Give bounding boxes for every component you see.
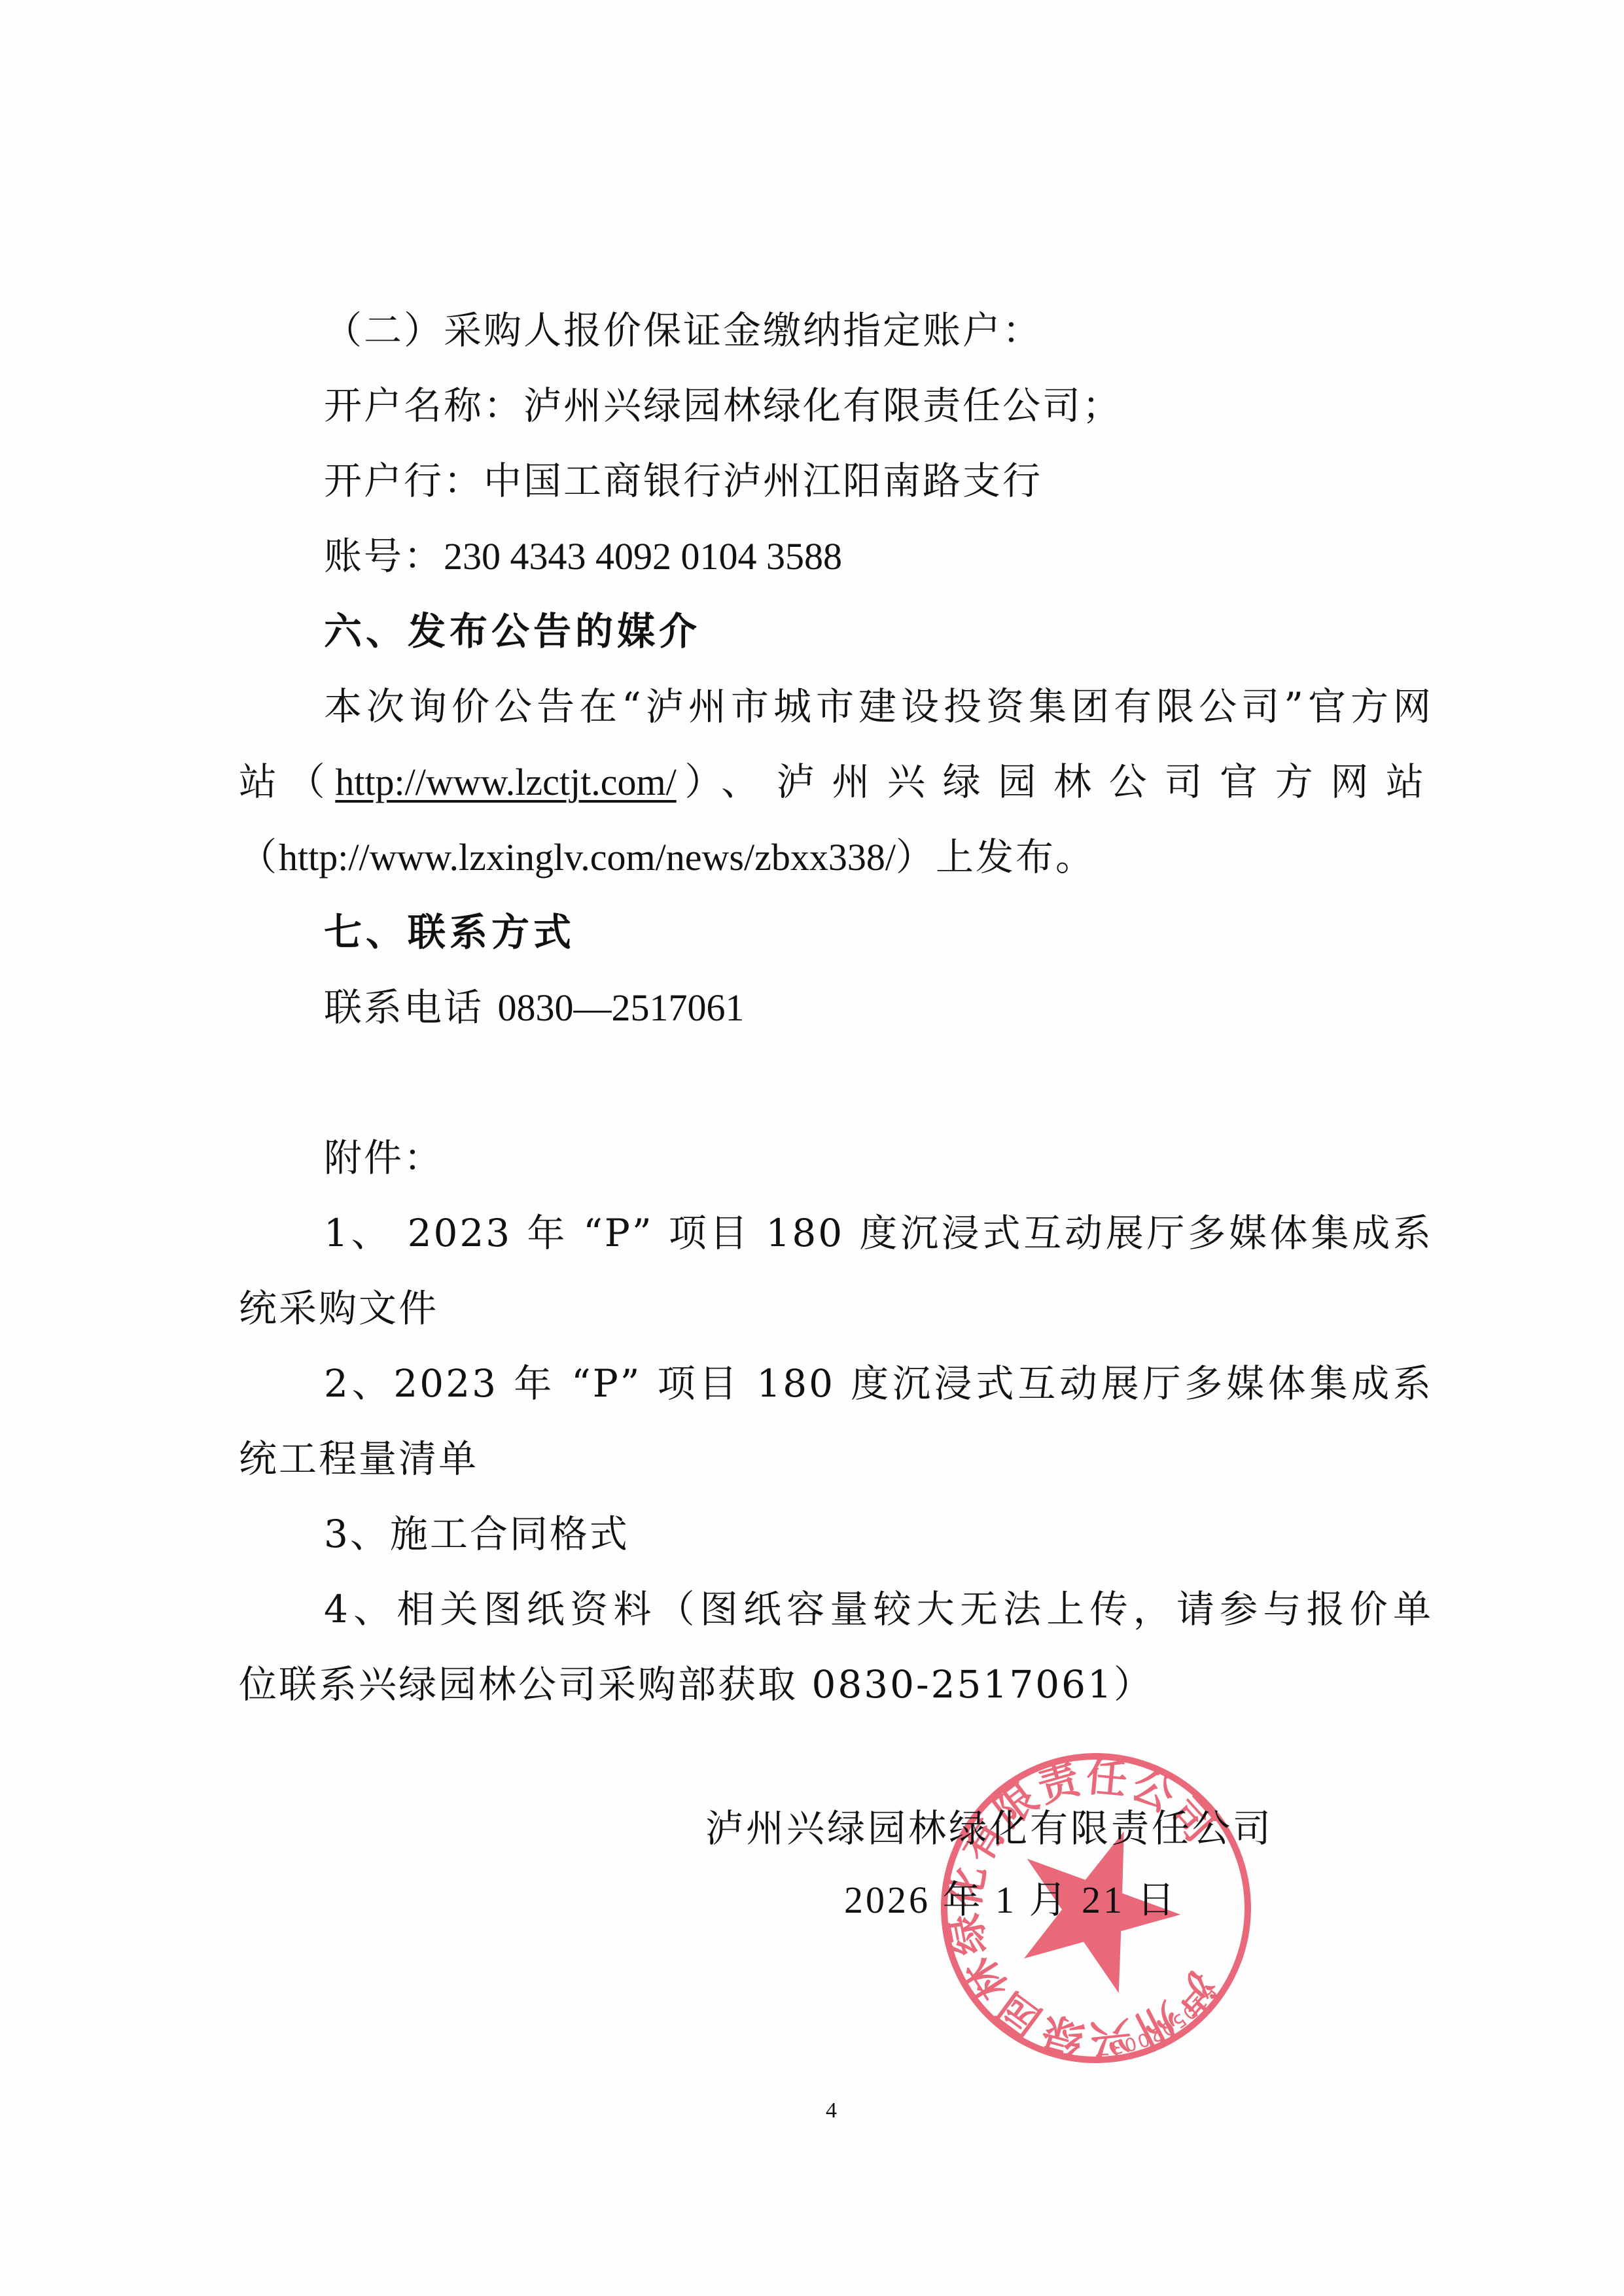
attachment-item-1-line2: 统采购文件 xyxy=(239,1285,1433,1331)
attachment-item-4-line2: 位联系兴绿园林公司采购部获取 0830-2517061） xyxy=(239,1661,1433,1707)
signature-date: 2026 年 1 月 21 日 xyxy=(844,1877,1178,1923)
attachments-label: 附件： xyxy=(324,1135,1433,1181)
attachment-item-4-line1: 4、相关图纸资料（图纸容量较大无法上传，请参与报价单 xyxy=(324,1586,1433,1632)
phone-label: 联系电话 xyxy=(324,985,497,1030)
link-lzctjt[interactable]: http://www.lzctjt.com/ xyxy=(335,761,676,803)
attachment-item-2-line2: 统工程量清单 xyxy=(239,1436,1433,1482)
section6-heading: 六、发布公告的媒介 xyxy=(324,608,1433,654)
page-number: 4 xyxy=(826,2098,837,2123)
account-number-line: 账号：230 4343 4092 0104 3588 xyxy=(324,533,1433,580)
bank-value: 中国工商银行泸州江阳南路支行 xyxy=(484,459,1042,503)
bank-label: 开户行： xyxy=(324,459,484,503)
link-lzxinglv[interactable]: http://www.lzxinglv.com/news/zbxx338/ xyxy=(279,836,896,878)
account-name-value: 泸州兴绿园林绿化有限责任公司； xyxy=(523,383,1122,428)
phone-value: 0830—2517061 xyxy=(497,986,744,1029)
svg-text:5105020037: 5105020037 xyxy=(1089,1953,1223,2068)
section6-para-line3: （http://www.lzxinglv.com/news/zbxx338/）上… xyxy=(239,834,1433,880)
attachment-item-3: 3、施工合同格式 xyxy=(324,1511,1433,1557)
account-number-value: 230 4343 4092 0104 3588 xyxy=(444,535,842,578)
section7-heading: 七、联系方式 xyxy=(324,909,1433,955)
para-text: ）上发布。 xyxy=(896,835,1095,879)
attachment-item-1-line1: 1、 2023 年 “P” 项目 180 度沉浸式互动展厅多媒体集成系 xyxy=(324,1210,1433,1256)
para-text: 站（ xyxy=(239,759,335,804)
account-number-label: 账号： xyxy=(324,534,444,578)
account-name-label: 开户名称： xyxy=(324,383,523,428)
bank-account-subheading: （二）采购人报价保证金缴纳指定账户： xyxy=(324,307,1433,353)
section6-para-line2: 站（http://www.lzctjt.com/）、泸州兴绿园林公司官方网站 xyxy=(239,759,1433,805)
document-page: （二）采购人报价保证金缴纳指定账户： 开户名称：泸州兴绿园林绿化有限责任公司； … xyxy=(0,0,1624,2296)
section6-para-line1: 本次询价公告在“泸州市城市建设投资集团有限公司”官方网 xyxy=(324,684,1433,729)
account-name-line: 开户名称：泸州兴绿园林绿化有限责任公司； xyxy=(324,383,1433,428)
attachment-item-2-line1: 2、2023 年 “P” 项目 180 度沉浸式互动展厅多媒体集成系 xyxy=(324,1361,1433,1406)
signature-company: 泸州兴绿园林绿化有限责任公司 xyxy=(705,1805,1273,1851)
bank-line: 开户行：中国工商银行泸州江阳南路支行 xyxy=(324,458,1433,504)
contact-phone-line: 联系电话 0830—2517061 xyxy=(324,984,1433,1031)
para-text: （ xyxy=(239,835,279,879)
para-text: ）、泸州兴绿园林公司官方网站 xyxy=(677,759,1433,804)
